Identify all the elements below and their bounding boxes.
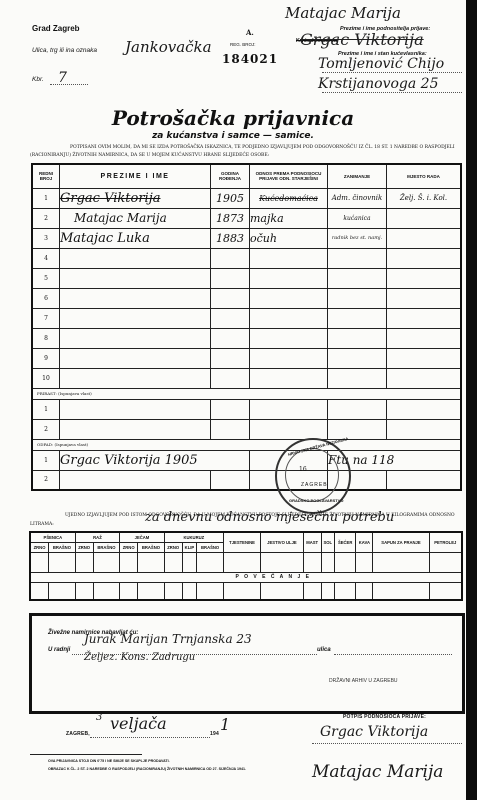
row-no: 7 [32, 308, 60, 328]
row-workplace [387, 228, 462, 248]
row-year: 1883 [211, 228, 250, 248]
group-psenica: PŠENICA [30, 532, 75, 542]
table-row: 7 [32, 308, 461, 328]
col-sapun: SAPUN ZA PRANJE [373, 532, 429, 552]
footer-divider [30, 754, 142, 755]
col-no: REDNI BROJ [32, 164, 60, 188]
row-no: 4 [32, 248, 60, 268]
date-day: 3 [96, 712, 102, 723]
col-occupation: ZANIMANJE [328, 164, 387, 188]
shop-shop-label: U radnji [48, 647, 70, 653]
row-no: 1 [32, 450, 60, 470]
supplies-table: PŠENICA RAŽ JEČAM KUKURUZ TJESTENINE JES… [29, 531, 463, 601]
footer-note-1: OVA PRIJAVNICA STOJI DIN 0'75 I NE SMIJE… [48, 759, 170, 763]
signature-1: Grgac Viktorija [320, 724, 428, 740]
col-name: PREZIME I IME [60, 164, 211, 188]
row-no: 8 [32, 328, 60, 348]
table-row: 1 Grgac Viktorija 1905 Kućedomaćica Adm.… [32, 188, 461, 208]
row-relation: Kućedomaćica [250, 188, 328, 208]
house-no-value: 7 [58, 70, 67, 86]
landlord-address: Krstijanovoga 25 [318, 76, 438, 92]
row-no: 1 [32, 188, 60, 208]
reg-label: REG. BROJ: [230, 42, 256, 47]
col-mast: MAST [303, 532, 321, 552]
row-no: 9 [32, 348, 60, 368]
prirast-label-row: PRIRAST: (Ispunjava vlast) [32, 388, 461, 399]
table-row: 1 [32, 399, 461, 419]
row-no: 10 [32, 368, 60, 388]
row-name: Matajac Marija [60, 208, 211, 228]
shop-street-line [334, 654, 452, 655]
row-no: 6 [32, 288, 60, 308]
shop-value: Jurak Marijan Trnjanska 23 [84, 632, 252, 646]
sub-zrno: ZRNO [120, 542, 138, 552]
col-relation: ODNOS PREMA PODNOSIOCU PRIJAVE ODN. STAR… [250, 164, 328, 188]
form-page: Grad Zagreb Ulica, trg ili ina oznaka Ja… [0, 0, 466, 800]
persons-table: REDNI BROJ PREZIME I IME GODINA ROĐENJA … [31, 163, 462, 491]
sub-zrno: ZRNO [164, 542, 182, 552]
stamp-lower-text: GRADSKO POGLAVARSTVO [289, 498, 344, 503]
supplies-handwritten: za dnevnu odnosno mjesečnu potrebu [145, 510, 394, 525]
form-title: Potrošačka prijavnica [0, 106, 466, 130]
row-occupation: radnik bez st. namj. [328, 228, 387, 248]
sub-brasno: BRAŠNO [93, 542, 120, 552]
shop-box: Živežne namirnice nabavljat ću: U radnji… [29, 613, 465, 714]
archive-stamp: DRŽAVNI ARHIV U ZAGREBU [329, 678, 398, 684]
table-row: 4 [32, 248, 461, 268]
date-line [90, 737, 210, 738]
row-year: 1905 [211, 188, 250, 208]
table-row: 1 Grgac Viktorija 1905 Ftu na 118 [32, 450, 461, 470]
increase-label: P O V E Ć A N J E [30, 572, 462, 582]
applicant-struck: Grgac Viktorija [300, 30, 424, 49]
col-petrolej: PETROLEJ [429, 532, 462, 552]
table-row: 6 [32, 288, 461, 308]
col-secer: ŠEĆER [334, 532, 355, 552]
row-occupation: Adm. činovnik [328, 188, 387, 208]
odpad-label-row: ODPAD: (Ispunjava vlast) [32, 439, 461, 450]
stamp-center: ZAGREB [301, 482, 328, 488]
sub-brasno: BRAŠNO [197, 542, 224, 552]
applicant-new: Matajac Marija [285, 4, 401, 22]
signature-2: Matajac Marija [312, 762, 443, 782]
form-letter: A. [246, 28, 254, 37]
scan-edge [466, 0, 477, 800]
group-jecam: JEČAM [120, 532, 165, 542]
landlord-name: Tomljenović Chijo [318, 56, 444, 72]
row-workplace: Želj. Š. i. Kol. [387, 188, 462, 208]
footer-note-2: OBRAZAC K ČL. 2 ST. 2 NAREDBE O RASPODJE… [48, 767, 246, 771]
house-no-line [50, 84, 88, 85]
row-no: 2 [32, 208, 60, 228]
col-workplace: MJESTO RADA [387, 164, 462, 188]
odpad-label: ODPAD: (Ispunjava vlast) [32, 439, 461, 450]
col-tjestenine: TJESTENINE [223, 532, 260, 552]
signature-line [312, 743, 462, 744]
row-no: 5 [32, 268, 60, 288]
stamp-inner-ring [285, 448, 339, 502]
row-name: Matajac Luka [60, 228, 211, 248]
row-no: 2 [32, 470, 60, 490]
row-workplace [387, 208, 462, 228]
table-row: 2 Matajac Marija 1873 majka kućanica [32, 208, 461, 228]
row-relation: majka [250, 208, 328, 228]
group-raz: RAŽ [75, 532, 120, 542]
sub-brasno: BRAŠNO [138, 542, 165, 552]
row-occupation: kućanica [328, 208, 387, 228]
official-stamp: HRVATSKA DRŽAVA NEZAVISNA 16 ZAGREB GRAD… [275, 438, 351, 514]
table-row: 9 [32, 348, 461, 368]
house-no-label: Kbr. [32, 76, 44, 83]
prirast-label: PRIRAST: (Ispunjava vlast) [32, 388, 461, 399]
table-row: 2 [32, 419, 461, 439]
row-year: 1873 [211, 208, 250, 228]
date-month: veljača [110, 714, 167, 733]
table-row: 8 [32, 328, 461, 348]
street-value: Jankovačka [125, 38, 212, 56]
city-label: Grad Zagreb [32, 24, 80, 33]
row-no: 3 [32, 228, 60, 248]
place-label: ZAGREB, [66, 731, 90, 737]
persons-header-row: REDNI BROJ PREZIME I IME GODINA ROĐENJA … [32, 164, 461, 188]
col-kava: KAVA [356, 532, 373, 552]
shop-value-2: Željez. Kons. Zadrugu [84, 652, 195, 663]
landlord-line-1 [322, 72, 462, 73]
sub-zrno: ZRNO [75, 542, 93, 552]
sub-zrno: ZRNO [30, 542, 49, 552]
shop-street-label: ulica [317, 647, 331, 653]
odpad-text: Grgac Viktorija 1905 [60, 450, 250, 470]
street-label: Ulica, trg ili ina oznaka [32, 47, 97, 54]
sub-klip: KLIP [182, 542, 197, 552]
table-row: 3 Matajac Luka 1883 očuh radnik bez st. … [32, 228, 461, 248]
date-year-suffix: 1 [220, 715, 230, 734]
row-no: 1 [32, 399, 60, 419]
col-ulje: JESTIVO ULJE [261, 532, 303, 552]
date-year-prefix: 194 [210, 731, 219, 737]
supplies-row [30, 582, 462, 600]
table-row: 10 [32, 368, 461, 388]
row-relation: očuh [250, 228, 328, 248]
col-sol: SOL [321, 532, 334, 552]
table-row: 2 [32, 470, 461, 490]
form-subtitle: za kućanstva i samce — samice. [0, 131, 466, 141]
landlord-line-2 [322, 92, 462, 93]
sub-brasno: BRAŠNO [49, 542, 76, 552]
row-no: 2 [32, 419, 60, 439]
intro-text: POTPISANI OVIM MOLIM, DA MI SE IZDA POTR… [30, 144, 460, 160]
supplies-row [30, 552, 462, 572]
row-name: Grgac Viktorija [60, 188, 211, 208]
col-year: GODINA ROĐENJA [211, 164, 250, 188]
stamp-day: 16 [299, 466, 307, 473]
reg-number: 184021 [222, 52, 278, 66]
table-row: 5 [32, 268, 461, 288]
group-kukuruz: KUKURUZ [164, 532, 223, 542]
signature-label: POTPIS PODNOSIOCA PRIJAVE: [343, 714, 426, 720]
